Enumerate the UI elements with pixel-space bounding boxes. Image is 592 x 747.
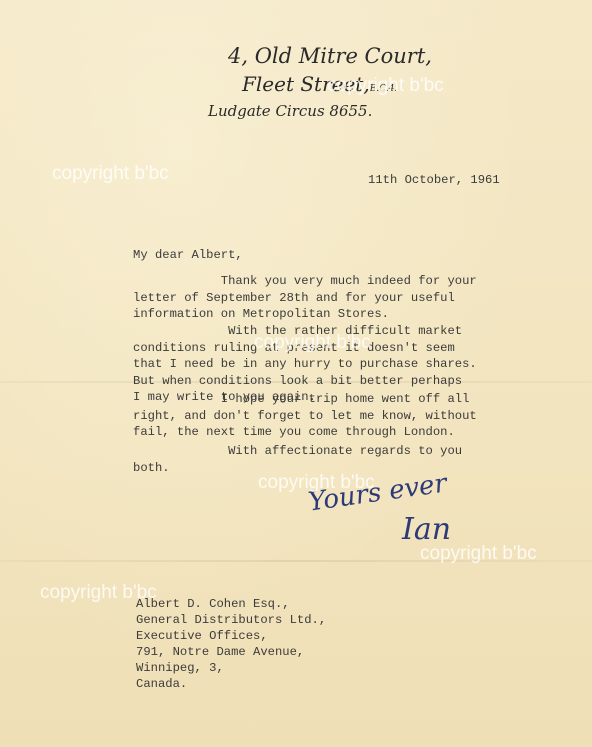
letterhead-address: 4, Old Mitre Court, <box>228 44 432 68</box>
letterhead-telephone: Ludgate Circus 8655. <box>208 102 372 120</box>
body-paragraph: I hope your trip home went off all right… <box>133 391 477 441</box>
body-paragraph: Thank you very much indeed for your lett… <box>133 273 477 323</box>
copyright-watermark: copyright b'bc <box>254 332 371 354</box>
salutation: My dear Albert, <box>133 247 243 264</box>
handwritten-signature: Ian <box>402 512 451 547</box>
copyright-watermark: copyright b'bc <box>420 543 537 565</box>
copyright-watermark: copyright b'bc <box>258 472 375 494</box>
copyright-watermark: copyright b'bc <box>327 75 444 97</box>
copyright-watermark: copyright b'bc <box>52 163 169 185</box>
copyright-watermark: copyright b'bc <box>40 582 157 604</box>
recipient-address: Albert D. Cohen Esq., General Distributo… <box>136 596 326 692</box>
letter-date: 11th October, 1961 <box>368 172 500 189</box>
